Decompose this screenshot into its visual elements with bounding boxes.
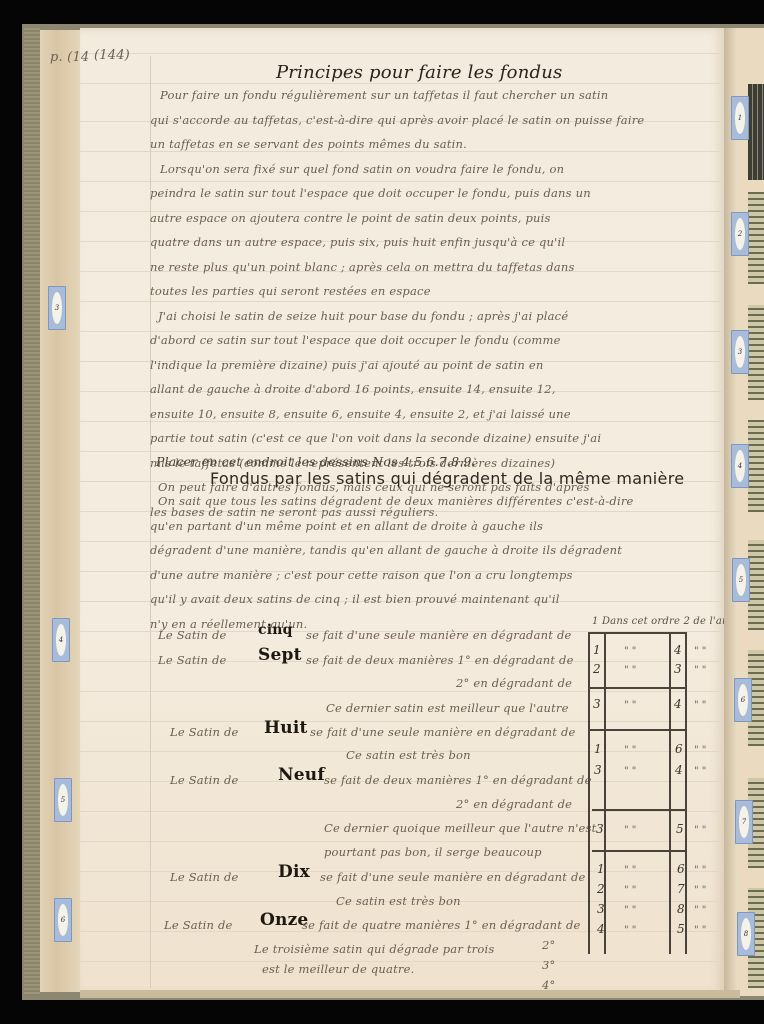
satin-row-text: 2° [542, 938, 555, 952]
stub-label-tag: 4 [52, 618, 70, 662]
ledger-cell: 3 [597, 902, 605, 916]
text-line: J'ai choisi le satin de seize huit pour … [158, 309, 568, 323]
ledger-cell: 2 [593, 662, 601, 676]
ledger-cell: 1 [593, 643, 601, 657]
swatch-label-tag: 1 [731, 96, 749, 140]
satin-row-text: 2° en dégradant de [456, 797, 572, 811]
ledger-cell: 5 [677, 922, 685, 936]
text-line: qu'il y avait deux satins de cinq ; il e… [150, 592, 560, 606]
satin-row-text: se fait de deux manières 1° en dégradant… [324, 773, 592, 787]
text-line: dégradent d'une manière, tandis qu'en al… [150, 543, 622, 557]
satin-row-text: 2° en dégradant de [456, 676, 572, 690]
text-line: toutes les parties qui seront restées en… [150, 284, 431, 298]
ledger-cell: 6 [675, 742, 683, 756]
section-title: Fondus par les satins qui dégradent de l… [210, 469, 684, 488]
folio-mark: p. (14 [50, 50, 89, 65]
text-line: ne reste plus qu'un point blanc ; après … [150, 260, 575, 274]
satin-row-note: Ce dernier satin est meilleur que l'autr… [326, 701, 569, 715]
text-line: qu'en partant d'un même point et en alla… [150, 519, 543, 533]
satin-number-word: Sept [258, 645, 302, 665]
satin-row-prefix: Le Satin de [158, 653, 227, 667]
stub-label-tag: 5 [54, 778, 72, 822]
text-line: d'abord ce satin sur tout l'espace que d… [150, 333, 561, 347]
ledger-cell: 4 [674, 643, 682, 657]
ledger-cell: 8 [677, 902, 685, 916]
ledger-cell: 4 [597, 922, 605, 936]
swatch-label-tag: 4 [731, 444, 749, 488]
fabric-swatch [748, 84, 764, 180]
placement-note: Placer en cet endroit les dessins Nos 4.… [156, 454, 476, 469]
fabric-swatch [748, 192, 764, 284]
swatch-label-tag: 6 [734, 678, 752, 722]
swatch-label-tag: 7 [735, 800, 753, 844]
ledger-cell: 6 [677, 862, 685, 876]
ledger-cell: 3 [593, 697, 601, 711]
satin-number-word: Dix [278, 862, 310, 882]
text-line: un taffetas en se servant des points mêm… [150, 137, 467, 151]
text-line: qui s'accorde au taffetas, c'est-à-dire … [150, 113, 644, 127]
satin-row-text: se fait d'une seule manière en dégradant… [310, 725, 576, 739]
text-line: allant de gauche à droite d'abord 16 poi… [150, 382, 556, 396]
text-line: On sait que tous les satins dégradent de… [158, 494, 634, 508]
satin-row-prefix: Le Satin de [170, 870, 239, 884]
text-line: l'indique la première dizaine) puis j'ai… [150, 358, 543, 372]
ledger-cell: 4 [675, 763, 683, 777]
ledger-cell: 3 [596, 822, 604, 836]
text-line: peindra le satin sur tout l'espace que d… [150, 186, 591, 200]
text-line: ensuite 10, ensuite 8, ensuite 6, ensuit… [150, 407, 571, 421]
swatch-label-tag: 3 [731, 330, 749, 374]
ledger-cell: 1 [597, 862, 605, 876]
satin-row-text: 3° [542, 958, 555, 972]
ledger-cell: 3 [594, 763, 602, 777]
text-line: quatre dans un autre espace, puis six, p… [150, 235, 565, 249]
page-bottom-edge [80, 990, 740, 998]
text-line: d'une autre manière ; c'est pour cette r… [150, 568, 573, 582]
satin-number-word: Huit [264, 718, 308, 738]
satin-number-word: Neuf [278, 765, 325, 785]
swatch-label-tag: 8 [737, 912, 755, 956]
text-line: Pour faire un fondu régulièrement sur un… [160, 88, 608, 102]
ledger-cell: 1 [594, 742, 602, 756]
satin-row-text: se fait d'une seule manière en dégradant… [306, 628, 572, 642]
ledger-cell: 4 [674, 697, 682, 711]
stub-label-tag: 3 [48, 286, 66, 330]
ledger-header: 1 Dans cet ordre 2 de l'autre [592, 616, 744, 627]
footer-note: Le troisième satin qui dégrade par trois [254, 942, 495, 956]
satin-row-note: Ce satin est très bon [346, 748, 471, 762]
ledger-cell: 2 [597, 882, 605, 896]
text-line: autre espace on ajoutera contre le point… [150, 211, 551, 225]
satin-row-note: Ce satin est très bon [336, 894, 461, 908]
footer-note: est le meilleur de quatre. [262, 962, 414, 976]
satin-row-prefix: Le Satin de [170, 725, 239, 739]
text-line: Lorsqu'on sera fixé sur quel fond satin … [160, 162, 564, 176]
satin-row-note: pourtant pas bon, il serge beaucoup [324, 845, 542, 859]
ledger-cell: 3 [674, 662, 682, 676]
text-line: partie tout satin (c'est ce que l'on voi… [150, 431, 601, 445]
satin-number-word: cinq [258, 622, 293, 638]
ledger-cell: 5 [676, 822, 684, 836]
stub-label-tag: 6 [54, 898, 72, 942]
page-title: Principes pour faire les fondus [276, 62, 562, 83]
ledger-cell: 7 [677, 882, 685, 896]
swatch-label-tag: 2 [731, 212, 749, 256]
satin-row-text: se fait de quatre manières 1° en dégrada… [302, 918, 581, 932]
fabric-swatch [748, 305, 764, 400]
satin-row-prefix: Le Satin de [158, 628, 227, 642]
page-number: (144) [94, 48, 130, 63]
satin-row-prefix: Le Satin de [164, 918, 233, 932]
satin-row-note: Ce dernier quoique meilleur que l'autre … [324, 821, 596, 835]
book-spine-cloth [24, 28, 40, 996]
swatch-label-tag: 5 [732, 558, 750, 602]
satin-row-text: se fait d'une seule manière en dégradant… [320, 870, 586, 884]
satin-row-text: se fait de deux manières 1° en dégradant… [306, 653, 574, 667]
left-stub-strip: 3 4 5 6 [40, 30, 82, 992]
fabric-swatch [748, 420, 764, 512]
satin-row-prefix: Le Satin de [170, 773, 239, 787]
fabric-swatch [748, 540, 764, 630]
